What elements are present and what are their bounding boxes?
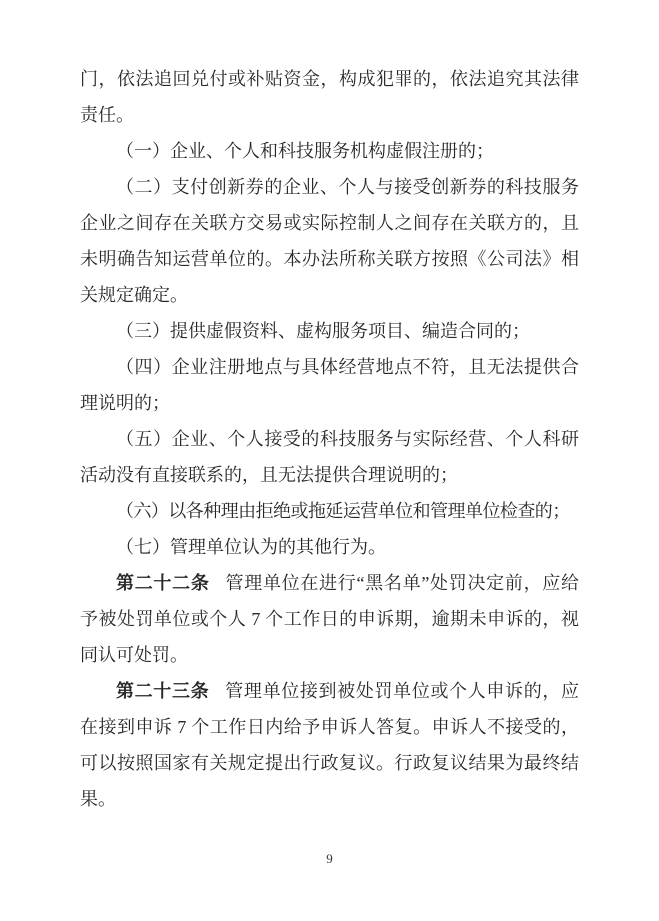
paragraph-text: （六）以各种理由拒绝或拖延运营单位和管理单位检查的； [116, 501, 570, 521]
document-body: 门，依法追回兑付或补贴资金，构成犯罪的，依法追究其法律责任。（一）企业、个人和科… [80, 61, 579, 817]
paragraph: （五）企业、个人接受的科技服务与实际经营、个人科研活动没有直接联系的，且无法提供… [80, 421, 579, 493]
paragraph: （三）提供虚假资料、虚构服务项目、编造合同的； [80, 313, 579, 349]
paragraph-text: （四）企业注册地点与具体经营地点不符，且无法提供合理说明的； [80, 357, 579, 413]
article-number: 第二十二条 [116, 573, 210, 593]
article-number: 第二十三条 [116, 681, 209, 701]
page-number: 9 [0, 851, 659, 867]
paragraph: （四）企业注册地点与具体经营地点不符，且无法提供合理说明的； [80, 349, 579, 421]
paragraph-text: （七）管理单位认为的其他行为。 [116, 537, 386, 557]
paragraph-text: （三）提供虚假资料、虚构服务项目、编造合同的； [116, 321, 530, 341]
paragraph: （二）支付创新券的企业、个人与接受创新券的科技服务企业之间存在关联方交易或实际控… [80, 169, 579, 313]
paragraph: （七）管理单位认为的其他行为。 [80, 529, 579, 565]
paragraph: 门，依法追回兑付或补贴资金，构成犯罪的，依法追究其法律责任。 [80, 61, 579, 133]
paragraph: （六）以各种理由拒绝或拖延运营单位和管理单位检查的； [80, 493, 579, 529]
paragraph-text: 门，依法追回兑付或补贴资金，构成犯罪的，依法追究其法律责任。 [80, 69, 579, 125]
paragraph-text: （一）企业、个人和科技服务机构虚假注册的； [116, 141, 494, 161]
paragraph: （一）企业、个人和科技服务机构虚假注册的； [80, 133, 579, 169]
paragraph-text: （二）支付创新券的企业、个人与接受创新券的科技服务企业之间存在关联方交易或实际控… [80, 177, 579, 305]
paragraph-text: （五）企业、个人接受的科技服务与实际经营、个人科研活动没有直接联系的，且无法提供… [80, 429, 579, 485]
paragraph: 第二十二条管理单位在进行“黑名单”处罚决定前，应给予被处罚单位或个人 7 个工作… [80, 565, 579, 673]
paragraph: 第二十三条管理单位接到被处罚单位或个人申诉的，应在接到申诉 7 个工作日内给予申… [80, 673, 579, 817]
document-page: 门，依法追回兑付或补贴资金，构成犯罪的，依法追究其法律责任。（一）企业、个人和科… [0, 0, 659, 921]
